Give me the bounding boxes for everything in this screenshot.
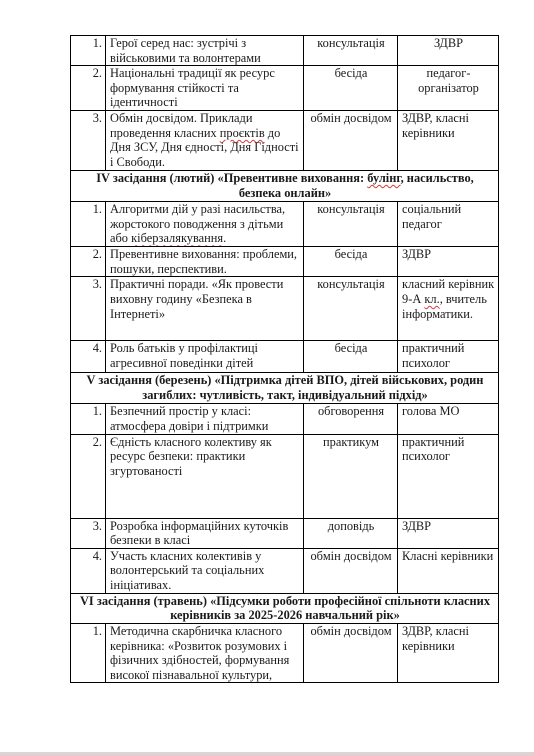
row-number: 3. — [71, 111, 106, 171]
row-number: 1. — [71, 623, 106, 682]
table-row: 2. Національні традиції як ресурс формув… — [71, 66, 499, 111]
row-number: 3. — [71, 277, 106, 341]
row-responsible: педагог-організатор — [398, 66, 499, 111]
row-topic: Національні традиції як ресурс формуванн… — [106, 66, 304, 111]
table-row: 1. Безпечний простір у класі: атмосфера … — [71, 404, 499, 434]
row-form: консультація — [304, 277, 398, 341]
row-responsible: Класні керівники — [398, 548, 499, 593]
row-number: 2. — [71, 247, 106, 277]
section-iv-title: IV засідання (лютий) «Превентивне вихова… — [71, 171, 499, 202]
row-form: бесіда — [304, 341, 398, 373]
spellcheck-word[interactable]: кл. — [424, 292, 439, 306]
spellcheck-word[interactable]: кіберзалякування — [131, 231, 223, 245]
row-topic: Роль батьків у профілактиці агресивної п… — [106, 341, 304, 373]
table-row: 4. Участь класних колективів у волонтерс… — [71, 548, 499, 593]
row-form: обмін досвідом — [304, 623, 398, 682]
table-row: 2. Єдність класного колективу як ресурс … — [71, 434, 499, 518]
row-form: обговорення — [304, 404, 398, 434]
row-number: 3. — [71, 518, 106, 548]
section-header-row: VI засідання (травень) «Підсумки роботи … — [71, 593, 499, 623]
section-vi-title: VI засідання (травень) «Підсумки роботи … — [71, 593, 499, 623]
row-topic: Практичні поради. «Як провести виховну г… — [106, 277, 304, 341]
row-topic: Превентивне виховання: проблеми, пошуки,… — [106, 247, 304, 277]
row-number: 4. — [71, 341, 106, 373]
row-responsible: ЗДВР, класні керівники — [398, 623, 499, 682]
row-number: 1. — [71, 36, 106, 66]
row-topic: Участь класних колективів у волонтерськи… — [106, 548, 304, 593]
table-row: 3. Обмін досвідом. Приклади проведення к… — [71, 111, 499, 171]
row-number: 4. — [71, 548, 106, 593]
table-row: 4. Роль батьків у профілактиці агресивно… — [71, 341, 499, 373]
responsible-text: педагог-організатор — [418, 66, 479, 95]
row-responsible: ЗДВР — [398, 36, 499, 66]
row-responsible: ЗДВР — [398, 518, 499, 548]
row-number: 2. — [71, 434, 106, 518]
row-responsible: соціальний педагог — [398, 202, 499, 247]
row-number: 1. — [71, 404, 106, 434]
section-header-row: V засідання (березень) «Підтримка дітей … — [71, 373, 499, 404]
row-responsible: практичний психолог — [398, 341, 499, 373]
table-row: 1. Герої серед нас: зустрічі з військови… — [71, 36, 499, 66]
table-row: 3. Розробка інформаційних куточків безпе… — [71, 518, 499, 548]
row-number: 2. — [71, 66, 106, 111]
row-topic: Єдність класного колективу як ресурс без… — [106, 434, 304, 518]
row-topic: Герої серед нас: зустрічі з військовими … — [106, 36, 304, 66]
row-form: консультація — [304, 202, 398, 247]
table-row: 1. Методична скарбничка класного керівни… — [71, 623, 499, 682]
row-form: бесіда — [304, 247, 398, 277]
table-row: 2. Превентивне виховання: проблеми, пошу… — [71, 247, 499, 277]
section-v-title: V засідання (березень) «Підтримка дітей … — [71, 373, 499, 404]
row-responsible: класний керівник 9-А кл., вчитель інформ… — [398, 277, 499, 341]
row-responsible: голова МО — [398, 404, 499, 434]
row-responsible: ЗДВР, класні керівники — [398, 111, 499, 171]
row-topic: Методична скарбничка класного керівника:… — [106, 623, 304, 682]
row-form: бесіда — [304, 66, 398, 111]
spellcheck-word[interactable]: булінг — [367, 171, 400, 185]
row-topic: Обмін досвідом. Приклади проведення клас… — [106, 111, 304, 171]
spellcheck-word[interactable]: проєктів — [220, 126, 265, 140]
section-header-row: IV засідання (лютий) «Превентивне вихова… — [71, 171, 499, 202]
row-form: обмін досвідом — [304, 548, 398, 593]
row-topic: Розробка інформаційних куточків безпеки … — [106, 518, 304, 548]
row-topic: Безпечний простір у класі: атмосфера дов… — [106, 404, 304, 434]
row-responsible: практичний психолог — [398, 434, 499, 518]
row-number: 1. — [71, 202, 106, 247]
row-form: практикум — [304, 434, 398, 518]
table-row: 1. Алгоритми дій у разі насильства, жорс… — [71, 202, 499, 247]
row-form: обмін досвідом — [304, 111, 398, 171]
row-responsible: ЗДВР — [398, 247, 499, 277]
row-form: консультація — [304, 36, 398, 66]
row-topic: Алгоритми дій у разі насильства, жорсток… — [106, 202, 304, 247]
meeting-plan-table: 1. Герої серед нас: зустрічі з військови… — [70, 35, 499, 683]
row-form: доповідь — [304, 518, 398, 548]
table-row: 3. Практичні поради. «Як провести виховн… — [71, 277, 499, 341]
